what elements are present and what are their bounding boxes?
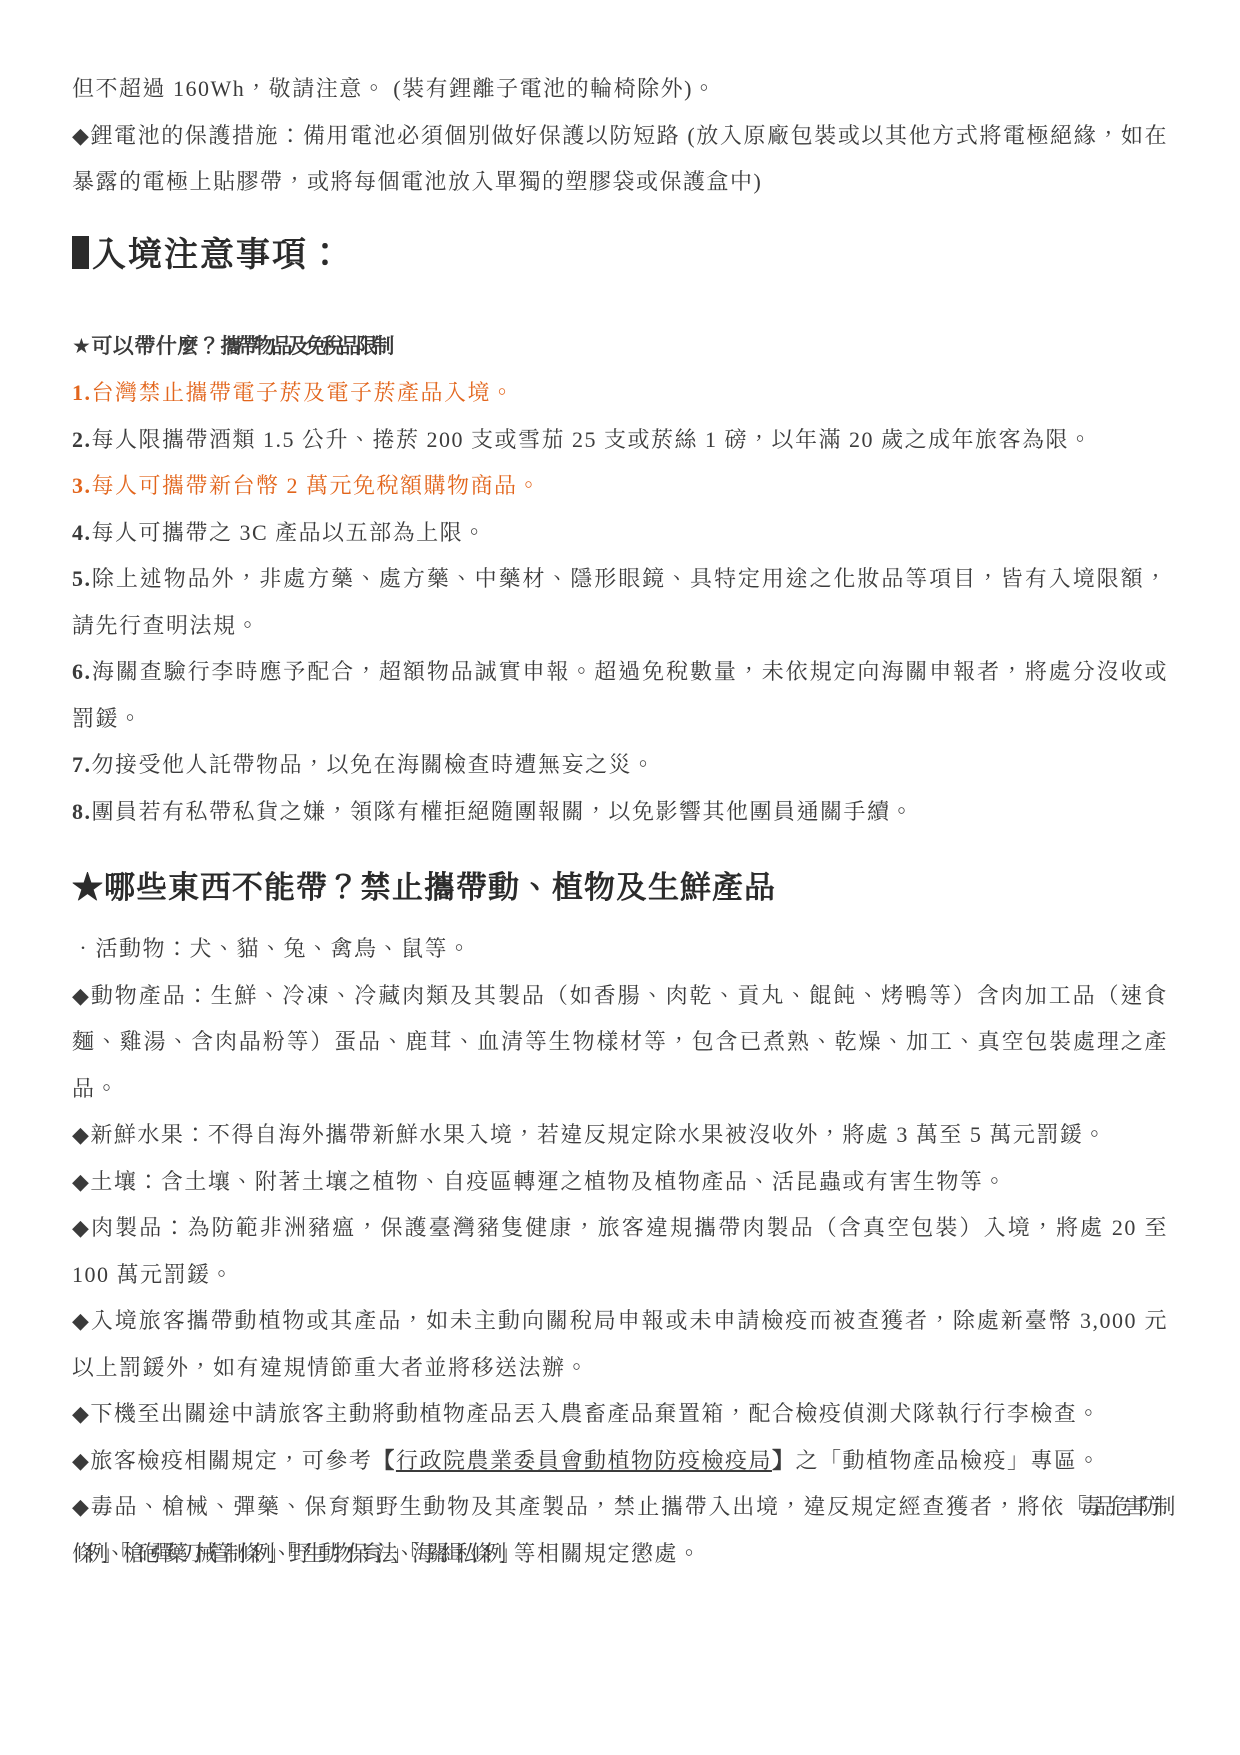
contraband-penalty-note: ◆毒品、槍械、彈藥、保育類野生動物及其產製品，禁止攜帶入出境，違反規定經查獲者，…: [72, 1484, 1168, 1577]
entry-notes-heading-text: 入境注意事項：: [92, 237, 344, 274]
right-bracket: 】: [772, 1448, 796, 1473]
battery-protection-note: ◆鋰電池的保護措施：備用電池必須個別做好保護以防短路 (放入原廠包裝或以其他方式…: [72, 113, 1168, 206]
list-item-text: 除上述物品外，非處方藥、處方藥、中藥材、隱形眼鏡、具特定用途之化妝品等項目，皆有…: [72, 566, 1168, 638]
list-item-text: 團員若有私帶私貨之嫌，領隊有權拒絕隨團報關，以免影響其他團員通關手續。: [92, 799, 915, 824]
contraband-penalty-prefix: ◆毒品、槍械、彈藥、保育類野生動物及其產製品，禁止攜帶入出境，違反規定經查獲者，…: [72, 1494, 1065, 1519]
quarantine-reference-prefix: ◆旅客檢疫相關規定，可參考: [72, 1448, 372, 1473]
allowed-items-subheading: ★可以帶什麼？攜帶物品及免稅品限制: [72, 324, 1168, 371]
prohibited-item-meat-products: ◆肉製品：為防範非洲豬瘟，保護臺灣豬隻健康，旅客違規攜帶肉製品（含真空包裝）入境…: [72, 1205, 1168, 1298]
list-item-text: 每人限攜帶酒類 1.5 公升、捲菸 200 支或雪茄 25 支或菸絲 1 磅，以…: [92, 427, 1093, 452]
list-item-number: 5.: [72, 566, 92, 591]
list-item-text: 勿接受他人託帶物品，以免在海關檢查時遭無妄之災。: [92, 752, 656, 777]
list-item-number: 2.: [72, 427, 92, 452]
quarantine-reference-suffix: 之「動植物產品檢疫」專區。: [795, 1448, 1101, 1473]
prohibited-item-soil: ◆土壤：含土壤、附著土壤之植物、自疫區轉運之植物及植物產品、活昆蟲或有害生物等。: [72, 1159, 1168, 1206]
black-rectangle-icon: [72, 236, 89, 269]
prohibited-item-disposal-bins: ◆下機至出關途中請旅客主動將動植物產品丟入農畜產品棄置箱，配合檢疫偵測犬隊執行行…: [72, 1391, 1168, 1438]
prohibited-item-animal-products: ◆動物產品：生鮮、冷凍、冷藏肉類及其製品（如香腸、肉乾、貢丸、餛飩、烤鴨等）含肉…: [72, 973, 1168, 1113]
list-item-text: 每人可攜帶新台幣 2 萬元免稅額購物商品。: [92, 473, 542, 498]
list-item-number: 6.: [72, 659, 92, 684]
list-item: 3.每人可攜帶新台幣 2 萬元免稅額購物商品。: [72, 463, 1168, 510]
quarantine-bureau-link[interactable]: 行政院農業委員會動植物防疫檢疫局: [396, 1448, 772, 1473]
list-item: 6.海關查驗行李時應予配合，超額物品誠實申報。超過免稅數量，未依規定向海關申報者…: [72, 649, 1168, 742]
contraband-penalty-suffix: 等相關規定懲處。: [514, 1541, 702, 1566]
list-item-text: 台灣禁止攜帶電子菸及電子菸產品入境。: [92, 380, 515, 405]
list-item-text: 每人可攜帶之 3C 產品以五部為上限。: [92, 520, 487, 545]
prohibited-items-heading: ★哪些東西不能帶？禁止攜帶動、植物及生鮮產品: [72, 865, 1168, 910]
list-item-number: 4.: [72, 520, 92, 545]
list-item: 5.除上述物品外，非處方藥、處方藥、中藥材、隱形眼鏡、具特定用途之化妝品等項目，…: [72, 556, 1168, 649]
list-item-text: 海關查驗行李時應予配合，超額物品誠實申報。超過免稅數量，未依規定向海關申報者，將…: [72, 659, 1168, 731]
list-item-number: 8.: [72, 799, 92, 824]
list-item-number: 7.: [72, 752, 92, 777]
list-item-number: 1.: [72, 380, 92, 405]
allowed-items-subheading-prefix: ★可以帶什麼？: [72, 335, 220, 358]
quarantine-reference: ◆旅客檢疫相關規定，可參考【行政院農業委員會動植物防疫檢疫局】之「動植物產品檢疫…: [72, 1438, 1168, 1485]
prohibited-item-fresh-fruit: ◆新鮮水果：不得自海外攜帶新鮮水果入境，若違反規定除水果被沒收外，將處 3 萬至…: [72, 1112, 1168, 1159]
prohibited-item-live-animals: ‧活動物：犬、貓、兔、禽鳥、鼠等。: [72, 926, 1168, 973]
allowed-items-subheading-rest: 攜帶物品及免稅品限制: [220, 335, 390, 358]
list-item: 2.每人限攜帶酒類 1.5 公升、捲菸 200 支或雪茄 25 支或菸絲 1 磅…: [72, 417, 1168, 464]
entry-notes-heading: 入境注意事項：: [72, 232, 1168, 280]
prohibited-items-heading-text: ★哪些東西不能帶？禁止攜帶動、植物及生鮮產品: [72, 870, 776, 905]
list-item: 4.每人可攜帶之 3C 產品以五部為上限。: [72, 510, 1168, 557]
list-item: 1.台灣禁止攜帶電子菸及電子菸產品入境。: [72, 370, 1168, 417]
document-page: 但不超過 160Wh，敬請注意。 (裝有鋰離子電池的輪椅除外)。 ◆鋰電池的保護…: [0, 0, 1240, 1755]
prohibited-item-undeclared-plants: ◆入境旅客攜帶動植物或其產品，如未主動向關稅局申報或未申請檢疫而被查獲者，除處新…: [72, 1298, 1168, 1391]
left-bracket: 【: [372, 1448, 396, 1473]
list-item-number: 3.: [72, 473, 92, 498]
list-item: 7.勿接受他人託帶物品，以免在海關檢查時遭無妄之災。: [72, 742, 1168, 789]
list-item: 8.團員若有私帶私貨之嫌，領隊有權拒絕隨團報關，以免影響其他團員通關手續。: [72, 789, 1168, 836]
battery-limit-note: 但不超過 160Wh，敬請注意。 (裝有鋰離子電池的輪椅除外)。: [72, 66, 1168, 113]
